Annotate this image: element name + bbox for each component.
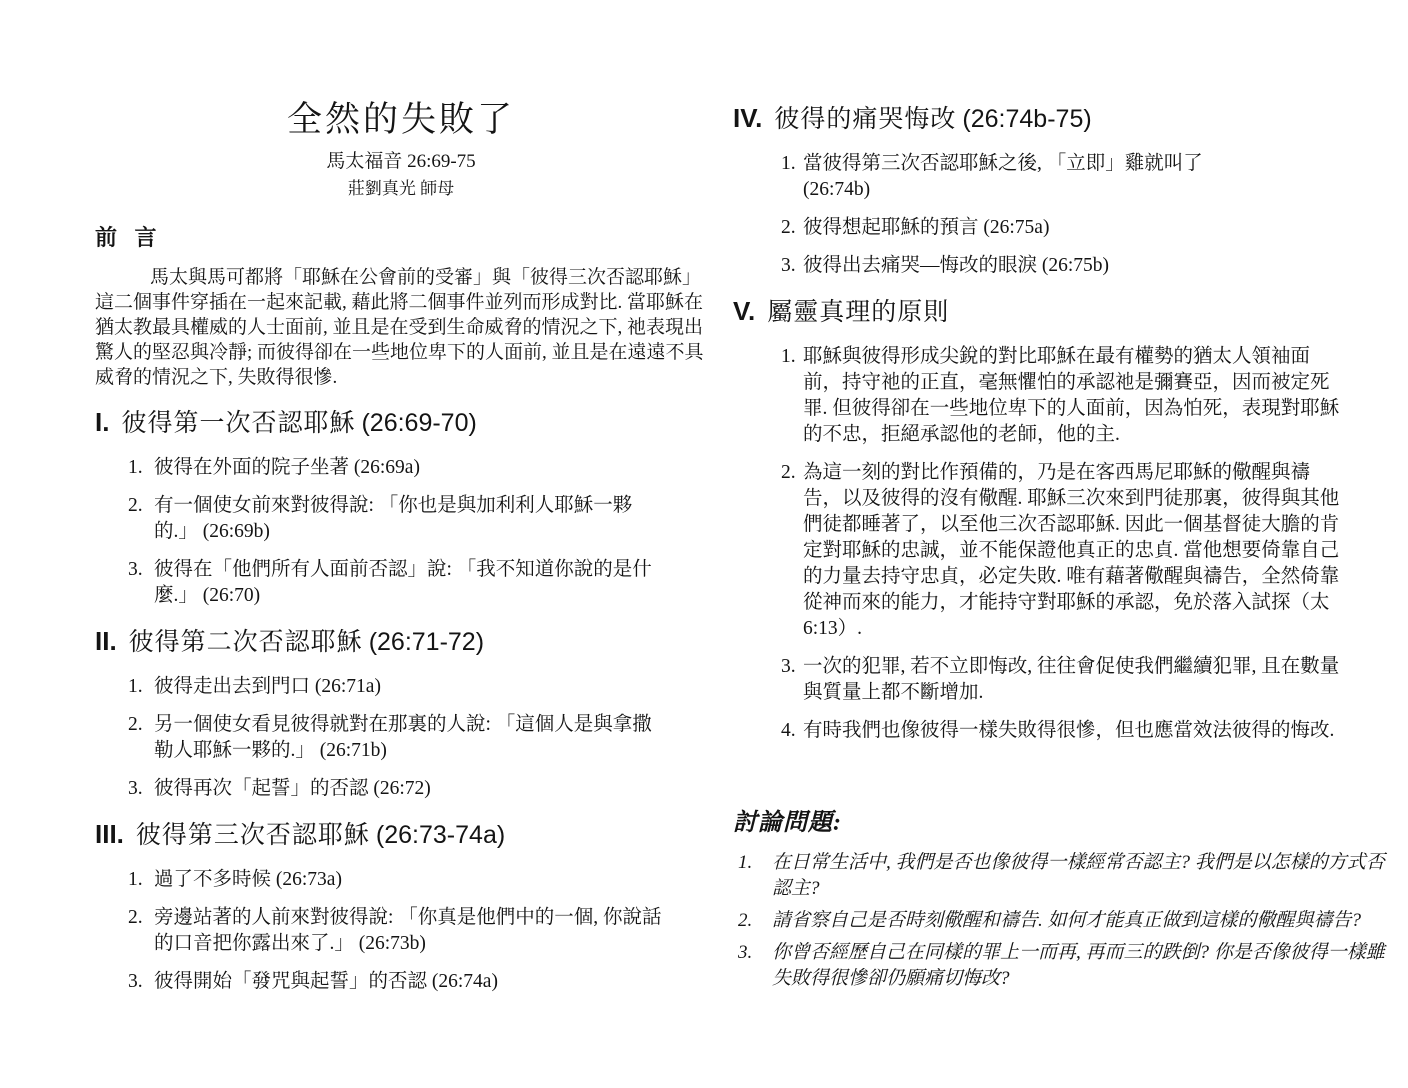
outline-item: 2.旁邊站著的人前來對彼得說: 「你真是他們中的一個, 你說話的口音把你露出來了…: [95, 905, 707, 957]
section-title: 彼得第一次否認耶穌: [121, 410, 355, 437]
outline-item: 2.彼得想起耶穌的預言 (26:75a): [733, 215, 1393, 241]
item-text: 過了不多時候 (26:73a): [154, 867, 669, 893]
left-column: 全然的失敗了 馬太福音 26:69-75 莊劉真光 師母 前 言 馬太與馬可都將…: [95, 98, 707, 995]
section-heading: II.彼得第二次否認耶穌(26:71-72): [95, 625, 707, 662]
item-text: 一次的犯罪, 若不立即悔改, 往往會促使我們繼續犯罪, 且在數量與質量上都不斷增…: [803, 654, 1343, 706]
author-line: 莊劉真光 師母: [95, 177, 707, 201]
outline-item: 2.有一個使女前來對彼得說: 「你也是與加利利人耶穌一夥的.」 (26:69b): [95, 493, 707, 545]
item-number: 3.: [128, 776, 154, 802]
discussion-section: 討論問題: 1.在日常生活中, 我們是否也像彼得一樣經常否認主? 我們是以怎樣的…: [733, 806, 1393, 992]
right-column: IV.彼得的痛哭悔改(26:74b-75) 1.當彼得第三次否認耶穌之後, 「立…: [733, 102, 1393, 992]
item-text: 彼得在「他們所有人面前否認」說: 「我不知道你說的是什麼.」 (26:70): [154, 557, 669, 609]
item-number: 1.: [128, 867, 154, 893]
outline-item: 2.為這一刻的對比作預備的，乃是在客西馬尼耶穌的儆醒與禱告，以及彼得的沒有儆醒.…: [733, 460, 1393, 642]
scripture-reference: 馬太福音 26:69-75: [95, 149, 707, 174]
page-title: 全然的失敗了: [95, 98, 707, 142]
discussion-question: 1.在日常生活中, 我們是否也像彼得一樣經常否認主? 我們是以怎樣的方式否認主?: [733, 850, 1393, 902]
item-number: 2.: [128, 905, 154, 957]
outline-item: 3.彼得再次「起誓」的否認 (26:72): [95, 776, 707, 802]
section-title: 彼得第二次否認耶穌: [129, 629, 363, 656]
section-iv: IV.彼得的痛哭悔改(26:74b-75) 1.當彼得第三次否認耶穌之後, 「立…: [733, 102, 1393, 279]
section-i: I.彼得第一次否認耶穌(26:69-70) 1.彼得在外面的院子坐著 (26:6…: [95, 406, 707, 609]
outline-item: 1.彼得在外面的院子坐著 (26:69a): [95, 455, 707, 481]
item-text: 彼得在外面的院子坐著 (26:69a): [154, 455, 669, 481]
section-numeral: I.: [95, 407, 109, 437]
section-heading: IV.彼得的痛哭悔改(26:74b-75): [733, 102, 1393, 139]
section-ref: (26:71-72): [369, 628, 484, 656]
item-text: 另一個使女看見彼得就對在那裏的人說: 「這個人是與拿撒勒人耶穌一夥的.」 (26…: [154, 712, 669, 764]
question-text: 請省察自己是否時刻儆醒和禱告. 如何才能真正做到這樣的儆醒與禱告?: [772, 908, 1388, 934]
item-text: 彼得再次「起誓」的否認 (26:72): [154, 776, 669, 802]
outline-item: 4.有時我們也像彼得一樣失敗得很慘，但也應當效法彼得的悔改.: [733, 718, 1393, 744]
discussion-question: 3.你曾否經歷自己在同樣的罪上一而再, 再而三的跌倒? 你是否像彼得一樣雖失敗得…: [733, 940, 1393, 992]
question-number: 3.: [738, 940, 772, 992]
item-text: 旁邊站著的人前來對彼得說: 「你真是他們中的一個, 你說話的口音把你露出來了.」…: [154, 905, 669, 957]
section-numeral: III.: [95, 819, 124, 849]
item-number: 2.: [781, 215, 803, 241]
preface-heading: 前 言: [95, 223, 707, 253]
item-text: 有時我們也像彼得一樣失敗得很慘，但也應當效法彼得的悔改.: [803, 718, 1343, 744]
outline-item: 3.一次的犯罪, 若不立即悔改, 往往會促使我們繼續犯罪, 且在數量與質量上都不…: [733, 654, 1393, 706]
section-numeral: V.: [733, 296, 755, 326]
section-numeral: II.: [95, 626, 117, 656]
item-number: 1.: [128, 455, 154, 481]
item-number: 1.: [781, 344, 803, 448]
section-heading: III.彼得第三次否認耶穌(26:73-74a): [95, 818, 707, 855]
question-text: 你曾否經歷自己在同樣的罪上一而再, 再而三的跌倒? 你是否像彼得一樣雖失敗得很慘…: [772, 940, 1388, 992]
outline-item: 2.另一個使女看見彼得就對在那裏的人說: 「這個人是與拿撒勒人耶穌一夥的.」 (…: [95, 712, 707, 764]
item-number: 1.: [781, 151, 803, 203]
question-text: 在日常生活中, 我們是否也像彼得一樣經常否認主? 我們是以怎樣的方式否認主?: [772, 850, 1388, 902]
section-ref: (26:69-70): [361, 409, 476, 437]
section-ref: (26:73-74a): [376, 821, 505, 849]
item-text: 彼得出去痛哭—悔改的眼淚 (26:75b): [803, 253, 1343, 279]
section-ii: II.彼得第二次否認耶穌(26:71-72) 1.彼得走出去到門口 (26:71…: [95, 625, 707, 802]
question-number: 1.: [738, 850, 772, 902]
section-ref: (26:74b-75): [962, 105, 1091, 133]
item-number: 2.: [128, 493, 154, 545]
item-text: 彼得開始「發咒與起誓」的否認 (26:74a): [154, 969, 669, 995]
item-number: 2.: [781, 460, 803, 642]
item-number: 2.: [128, 712, 154, 764]
outline-item: 1.彼得走出去到門口 (26:71a): [95, 674, 707, 700]
item-text: 彼得想起耶穌的預言 (26:75a): [803, 215, 1343, 241]
outline-item: 3.彼得在「他們所有人面前否認」說: 「我不知道你說的是什麼.」 (26:70): [95, 557, 707, 609]
outline-item: 3.彼得出去痛哭—悔改的眼淚 (26:75b): [733, 253, 1393, 279]
item-text: 有一個使女前來對彼得說: 「你也是與加利利人耶穌一夥的.」 (26:69b): [154, 493, 669, 545]
item-number: 3.: [781, 253, 803, 279]
outline-item: 1.當彼得第三次否認耶穌之後, 「立即」雞就叫了 (26:74b): [733, 151, 1393, 203]
item-text: 彼得走出去到門口 (26:71a): [154, 674, 669, 700]
item-text: 當彼得第三次否認耶穌之後, 「立即」雞就叫了 (26:74b): [803, 151, 1343, 203]
outline-item: 1.過了不多時候 (26:73a): [95, 867, 707, 893]
item-text: 耶穌與彼得形成尖銳的對比耶穌在最有權勢的猶太人領袖面前，持守祂的正直，毫無懼怕的…: [803, 344, 1343, 448]
section-title: 彼得第三次否認耶穌: [136, 822, 370, 849]
item-number: 3.: [781, 654, 803, 706]
outline-item: 1.耶穌與彼得形成尖銳的對比耶穌在最有權勢的猶太人領袖面前，持守祂的正直，毫無懼…: [733, 344, 1393, 448]
item-number: 1.: [128, 674, 154, 700]
section-v: V.屬靈真理的原則 1.耶穌與彼得形成尖銳的對比耶穌在最有權勢的猶太人領袖面前，…: [733, 295, 1393, 744]
section-heading: V.屬靈真理的原則: [733, 295, 1393, 332]
discussion-question: 2.請省察自己是否時刻儆醒和禱告. 如何才能真正做到這樣的儆醒與禱告?: [733, 908, 1393, 934]
question-number: 2.: [738, 908, 772, 934]
item-number: 3.: [128, 969, 154, 995]
section-heading: I.彼得第一次否認耶穌(26:69-70): [95, 406, 707, 443]
item-number: 4.: [781, 718, 803, 744]
outline-item: 3.彼得開始「發咒與起誓」的否認 (26:74a): [95, 969, 707, 995]
section-title: 彼得的痛哭悔改: [774, 106, 956, 133]
discussion-heading: 討論問題:: [733, 806, 1393, 840]
preface-paragraph: 馬太與馬可都將「耶穌在公會前的受審」與「彼得三次否認耶穌」這二個事件穿插在一起來…: [95, 265, 707, 390]
section-numeral: IV.: [733, 103, 762, 133]
item-number: 3.: [128, 557, 154, 609]
section-iii: III.彼得第三次否認耶穌(26:73-74a) 1.過了不多時候 (26:73…: [95, 818, 707, 995]
section-title: 屬靈真理的原則: [767, 299, 949, 326]
item-text: 為這一刻的對比作預備的，乃是在客西馬尼耶穌的儆醒與禱告，以及彼得的沒有儆醒. 耶…: [803, 460, 1343, 642]
